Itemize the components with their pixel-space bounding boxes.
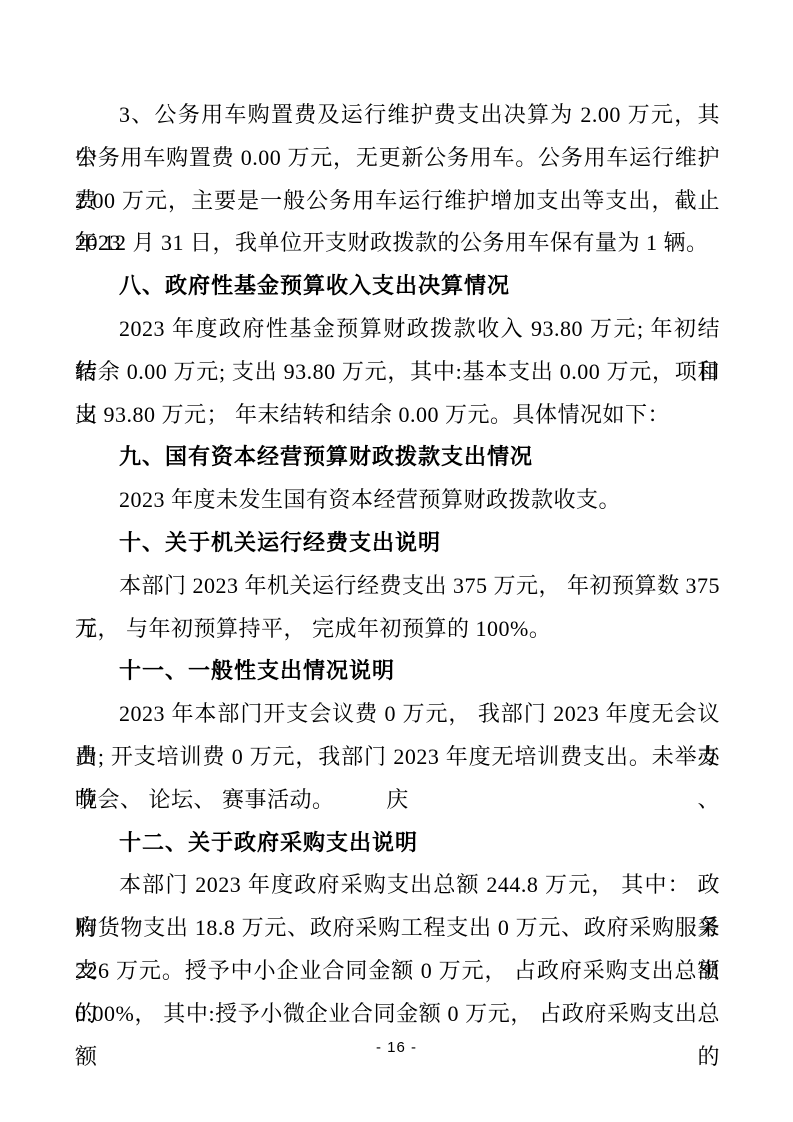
section-heading: 十一、一般性支出情况说明	[75, 650, 720, 693]
heading-section-8: 八、政府性基金预算收入支出决算情况	[75, 265, 720, 308]
paragraph-government-procurement: 本部门 2023 年度政府采购支出总额 244.8 万元， 其中： 政府采购货物…	[75, 864, 720, 1035]
section-heading: 十、关于机关运行经费支出说明	[75, 522, 720, 565]
text-line: 0.00%， 其中:授予小微企业合同金额 0 万元， 占政府采购支出总额的	[75, 993, 720, 1036]
text-line: 2023 年度未发生国有资本经营预算财政拨款收支。	[75, 479, 720, 522]
text-line: 本部门 2023 年度政府采购支出总额 244.8 万元， 其中： 政府采	[75, 864, 720, 907]
paragraph-operating-expense: 本部门 2023 年机关运行经费支出 375 万元， 年初预算数 375 万元，…	[75, 565, 720, 651]
document-body: 3、公务用车购置费及运行维护费支出决算为 2.00 万元，其中：公务用车购置费 …	[75, 94, 720, 1036]
document-page: 3、公务用车购置费及运行维护费支出决算为 2.00 万元，其中：公务用车购置费 …	[0, 0, 793, 1122]
paragraph-state-capital-budget: 2023 年度未发生国有资本经营预算财政拨款收支。	[75, 479, 720, 522]
text-line: 年 12 月 31 日，我单位开支财政拨款的公务用车保有量为 1 辆。	[75, 222, 720, 265]
text-line: 购货物支出 18.8 万元、政府采购工程支出 0 万元、政府采购服务支出	[75, 907, 720, 950]
heading-section-10: 十、关于机关运行经费支出说明	[75, 522, 720, 565]
paragraph-general-expense: 2023 年本部门开支会议费 0 万元， 我部门 2023 年度无会议费支出; …	[75, 693, 720, 821]
text-line: 本部门 2023 年机关运行经费支出 375 万元， 年初预算数 375 万	[75, 565, 720, 608]
paragraph-government-fund-budget: 2023 年度政府性基金预算财政拨款收入 93.80 万元; 年初结转和结余 0…	[75, 308, 720, 436]
heading-section-12: 十二、关于政府采购支出说明	[75, 822, 720, 865]
section-heading: 八、政府性基金预算收入支出决算情况	[75, 265, 720, 308]
section-heading: 九、国有资本经营预算财政拨款支出情况	[75, 436, 720, 479]
text-line: 3、公务用车购置费及运行维护费支出决算为 2.00 万元，其中：	[75, 94, 720, 137]
text-line: 出; 开支培训费 0 万元，我部门 2023 年度无培训费支出。未举办节庆、	[75, 736, 720, 779]
text-line: 2023 年度政府性基金预算财政拨款收入 93.80 万元; 年初结转和	[75, 308, 720, 351]
text-line: 出 93.80 万元； 年末结转和结余 0.00 万元。具体情况如下：	[75, 394, 720, 437]
page-number: - 16 -	[0, 1039, 793, 1056]
heading-section-11: 十一、一般性支出情况说明	[75, 650, 720, 693]
text-line: 元， 与年初预算持平， 完成年初预算的 100%。	[75, 608, 720, 651]
section-heading: 十二、关于政府采购支出说明	[75, 822, 720, 865]
text-line: 公务用车购置费 0.00 万元，无更新公务用车。公务用车运行维护费	[75, 137, 720, 180]
text-line: 2023 年本部门开支会议费 0 万元， 我部门 2023 年度无会议费支	[75, 693, 720, 736]
paragraph-official-vehicle-expense: 3、公务用车购置费及运行维护费支出决算为 2.00 万元，其中：公务用车购置费 …	[75, 94, 720, 265]
heading-section-9: 九、国有资本经营预算财政拨款支出情况	[75, 436, 720, 479]
text-line: 226 万元。授予中小企业合同金额 0 万元， 占政府采购支出总额的	[75, 950, 720, 993]
text-line: 2.00 万元，主要是一般公务用车运行维护增加支出等支出，截止 2023	[75, 180, 720, 223]
text-line: 结余 0.00 万元; 支出 93.80 万元，其中:基本支出 0.00 万元，…	[75, 351, 720, 394]
